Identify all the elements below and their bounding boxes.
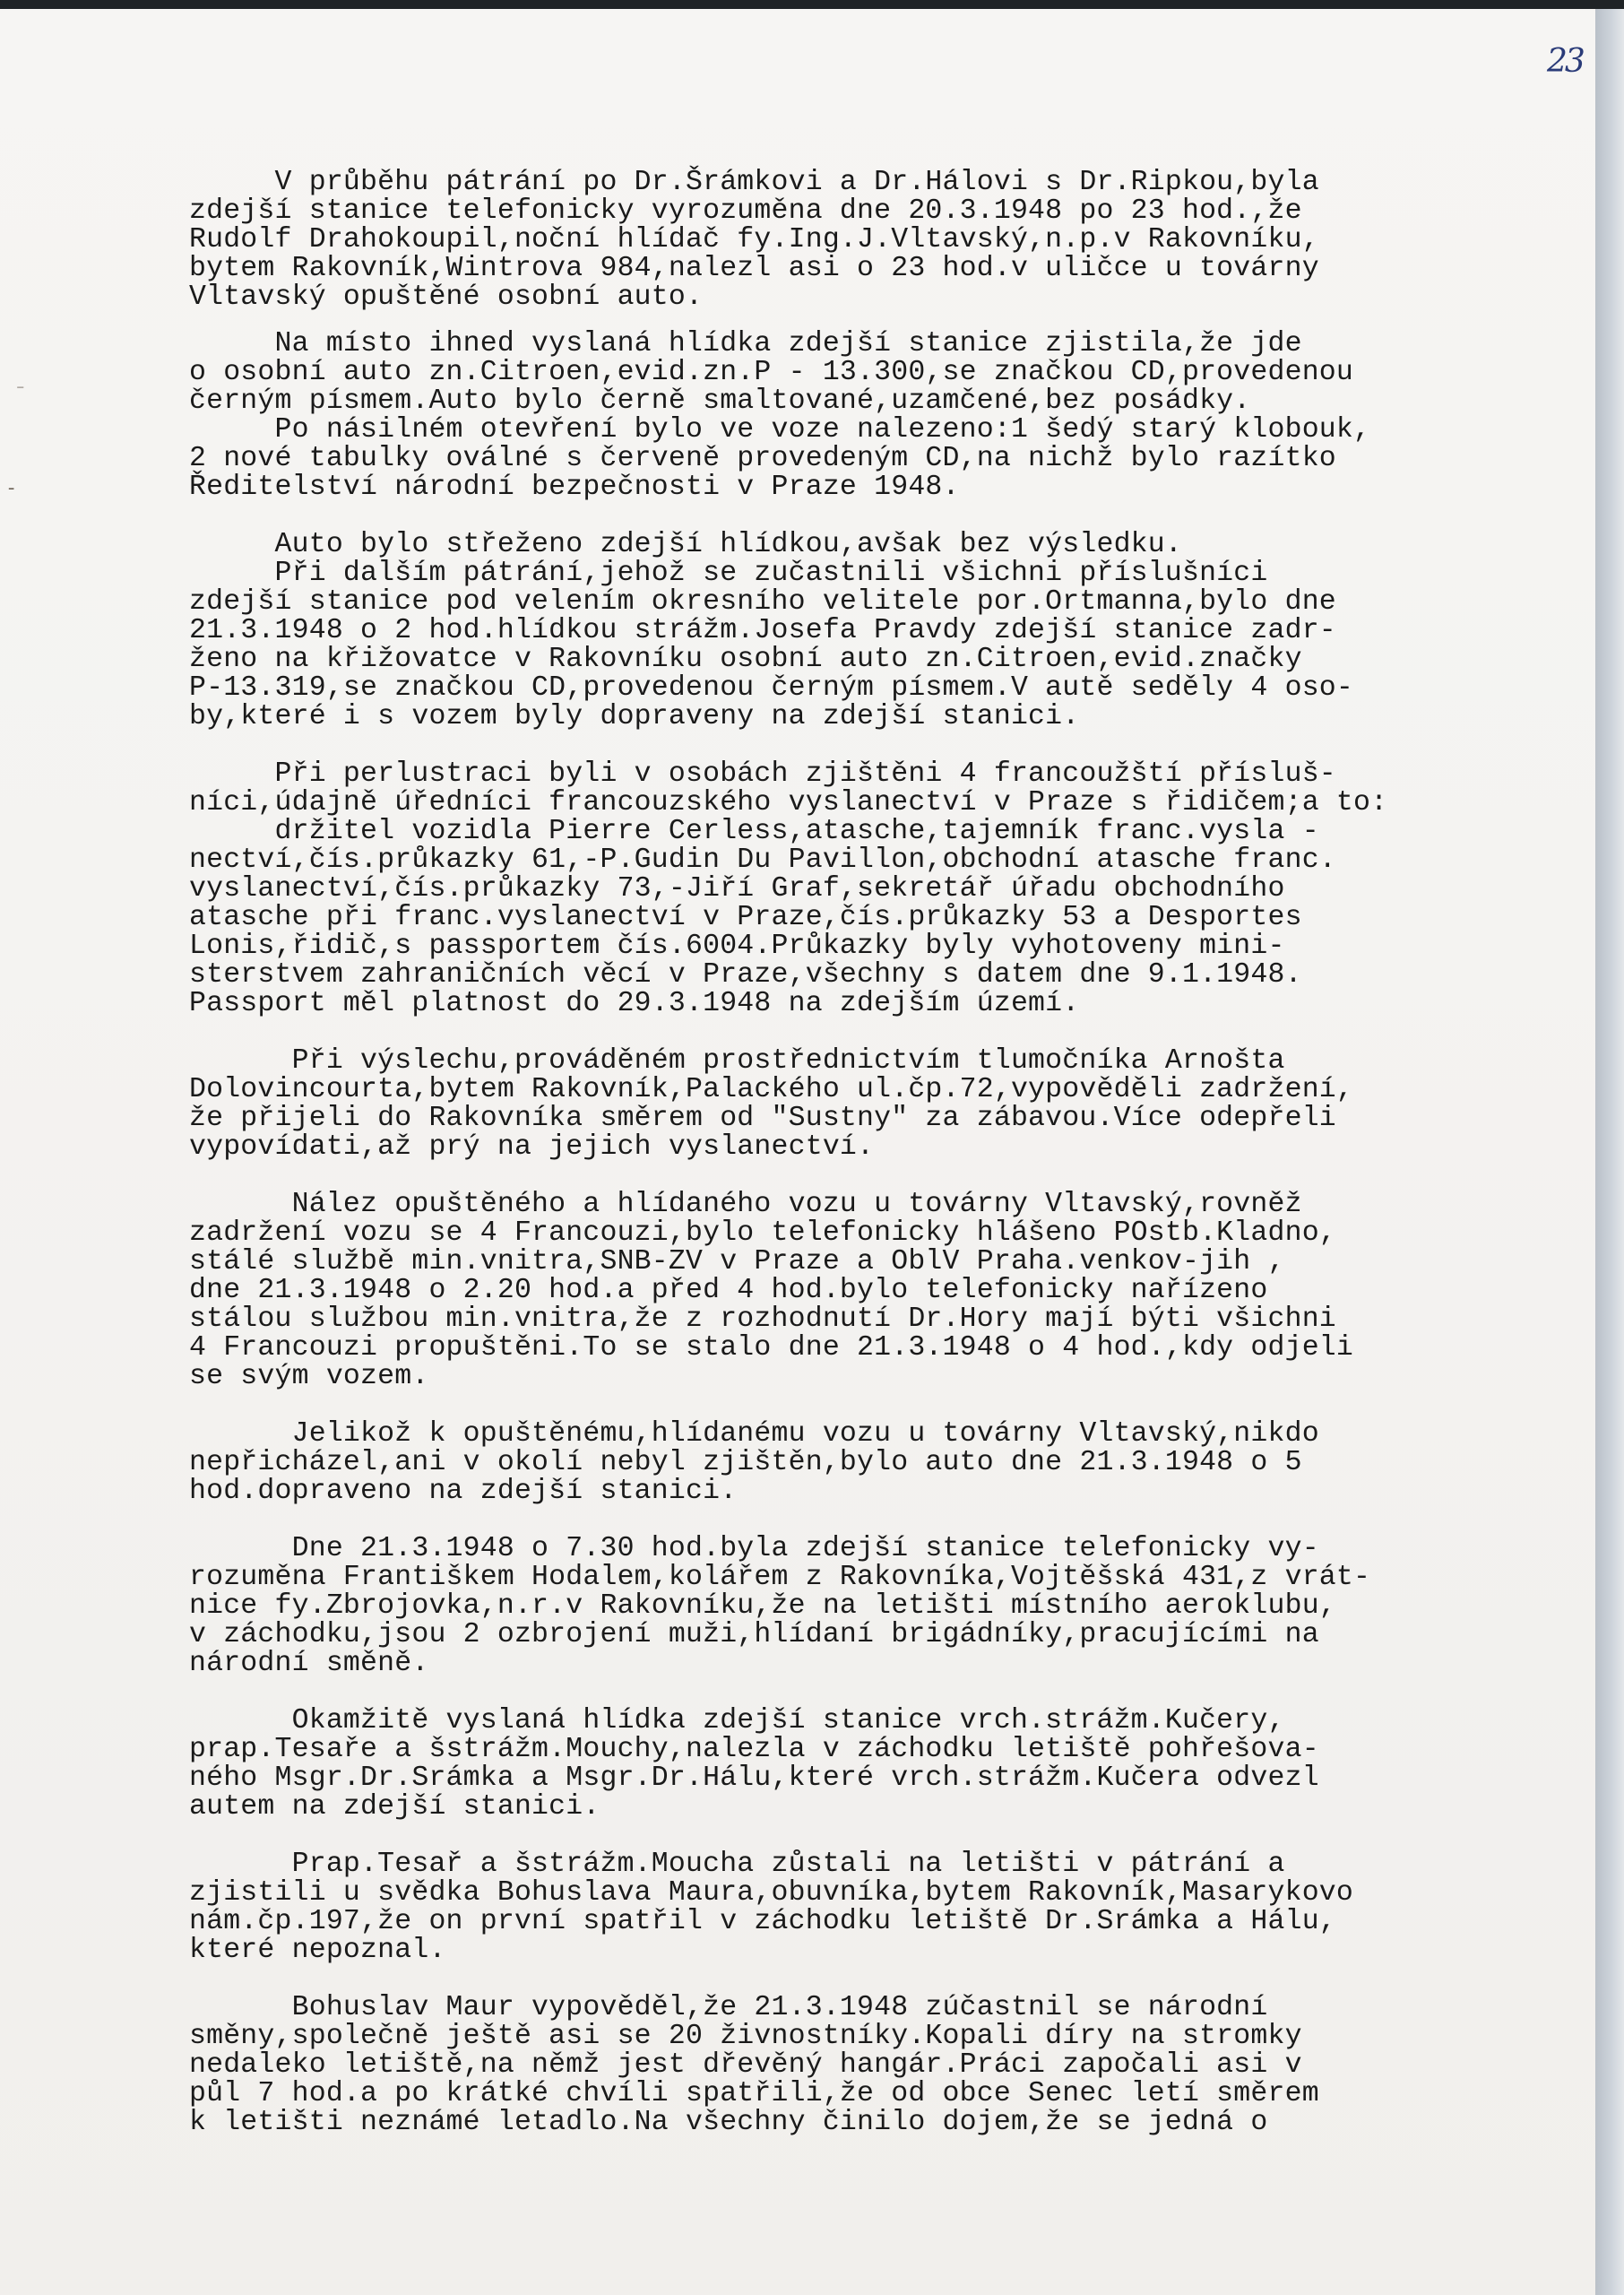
text-line: se svým vozem.: [189, 1363, 428, 1391]
text-line: by,které i s vozem byly dopraveny na zde…: [189, 703, 1079, 732]
text-line: níci,údajně úředníci francouzského vysla…: [189, 789, 1387, 818]
text-line: nectví,čís.průkazky 61,-P.Gudin Du Pavil…: [189, 846, 1336, 875]
page-right-edge: [1595, 9, 1624, 2295]
text-line: Vltavský opuštěné osobní auto.: [189, 283, 703, 312]
text-line: 2 nové tabulky oválné s červeně proveden…: [189, 445, 1336, 473]
text-line: Prap.Tesař a šstrážm.Moucha zůstali na l…: [189, 1850, 1285, 1879]
text-line: zadržení vozu se 4 Francouzi,bylo telefo…: [189, 1219, 1336, 1248]
text-line: Při perlustraci byli v osobách zjištěni …: [189, 760, 1336, 789]
text-line: prap.Tesaře a šstrážm.Mouchy,nalezla v z…: [189, 1736, 1319, 1764]
text-line: dne 21.3.1948 o 2.20 hod.a před 4 hod.by…: [189, 1277, 1268, 1305]
text-line: vypovídati,až prý na jejich vyslanectví.: [189, 1133, 874, 1162]
text-line: v záchodku,jsou 2 ozbrojení muži,hlídaní…: [189, 1621, 1319, 1650]
text-line: vyslanectví,čís.průkazky 73,-Jiří Graf,s…: [189, 875, 1285, 904]
text-line: Při výslechu,prováděném prostřednictvím …: [189, 1047, 1285, 1076]
text-line: Dolovincourta,bytem Rakovník,Palackého u…: [189, 1076, 1353, 1104]
text-line: nepřicházel,ani v okolí nebyl zjištěn,by…: [189, 1449, 1302, 1477]
typewritten-report-body: V průběhu pátrání po Dr.Šrámkovi a Dr.Há…: [0, 0, 1595, 2286]
text-line: Bohuslav Maur vypověděl,že 21.3.1948 zúč…: [189, 1994, 1268, 2022]
text-line: zjistili u svědka Bohuslava Maura,obuvní…: [189, 1879, 1353, 1908]
text-line: ného Msgr.Dr.Srámka a Msgr.Dr.Hálu,které…: [189, 1764, 1319, 1793]
text-line: Okamžitě vyslaná hlídka zdejší stanice v…: [189, 1707, 1285, 1736]
text-line: sterstvem zahraničních věcí v Praze,všec…: [189, 961, 1302, 990]
text-line: o osobní auto zn.Citroen,evid.zn.P - 13.…: [189, 359, 1353, 387]
text-line: atasche při franc.vyslanectví v Praze,čí…: [189, 904, 1302, 932]
text-line: Při dalším pátrání,jehož se zučastnili v…: [189, 559, 1268, 588]
text-line: půl 7 hod.a po krátké chvíli spatřili,že…: [189, 2080, 1319, 2109]
text-line: zdejší stanice telefonicky vyrozuměna dn…: [189, 197, 1302, 226]
text-line: Lonis,řidič,s passportem čís.6004.Průkaz…: [189, 932, 1285, 961]
text-line: bytem Rakovník,Wintrova 984,nalezl asi o…: [189, 255, 1319, 283]
text-line: 4 Francouzi propuštěni.To se stalo dne 2…: [189, 1334, 1353, 1363]
text-line: Po násilném otevření bylo ve voze naleze…: [189, 416, 1370, 445]
text-line: držitel vozidla Pierre Cerless,atasche,t…: [189, 818, 1319, 846]
text-line: národní směně.: [189, 1650, 428, 1678]
text-line: nedaleko letiště,na němž jest dřevěný ha…: [189, 2051, 1302, 2080]
text-line: autem na zdejší stanici.: [189, 1793, 600, 1822]
text-line: Rudolf Drahokoupil,noční hlídač fy.Ing.J…: [189, 226, 1319, 255]
text-line: které nepoznal.: [189, 1936, 446, 1965]
text-line: nice fy.Zbrojovka,n.r.v Rakovníku,že na …: [189, 1592, 1336, 1621]
text-line: k letišti neznámé letadlo.Na všechny čin…: [189, 2109, 1268, 2137]
text-line: Jelikož k opuštěnému,hlídanému vozu u to…: [189, 1420, 1319, 1449]
text-line: Nález opuštěného a hlídaného vozu u tová…: [189, 1191, 1302, 1219]
text-line: Ředitelství národní bezpečnosti v Praze …: [189, 473, 960, 502]
text-line: V průběhu pátrání po Dr.Šrámkovi a Dr.Há…: [189, 169, 1319, 197]
text-line: rozuměna Františkem Hodalem,kolářem z Ra…: [189, 1563, 1370, 1592]
text-line: P-13.319,se značkou CD,provedenou černým…: [189, 674, 1353, 703]
text-line: stálé službě min.vnitra,SNB-ZV v Praze a…: [189, 1248, 1285, 1277]
text-line: Dne 21.3.1948 o 7.30 hod.byla zdejší sta…: [189, 1535, 1319, 1563]
text-line: Na místo ihned vyslaná hlídka zdejší sta…: [189, 330, 1302, 359]
text-line: směny,společně ještě asi se 20 živnostní…: [189, 2022, 1302, 2051]
text-line: 21.3.1948 o 2 hod.hlídkou strážm.Josefa …: [189, 617, 1336, 645]
text-line: stálou službou min.vnitra,že z rozhodnut…: [189, 1305, 1336, 1334]
text-line: Auto bylo střeženo zdejší hlídkou,avšak …: [189, 531, 1182, 559]
text-line: ženo na křižovatce v Rakovníku osobní au…: [189, 645, 1302, 674]
text-line: černým písmem.Auto bylo černě smaltované…: [189, 387, 1250, 416]
text-line: hod.dopraveno na zdejší stanici.: [189, 1477, 737, 1506]
text-line: Passport měl platnost do 29.3.1948 na zd…: [189, 990, 1079, 1018]
text-line: že přijeli do Rakovníka směrem od "Sustn…: [189, 1104, 1336, 1133]
text-line: zdejší stanice pod velením okresního vel…: [189, 588, 1336, 617]
text-line: nám.čp.197,že on první spatřil v záchodk…: [189, 1908, 1336, 1936]
